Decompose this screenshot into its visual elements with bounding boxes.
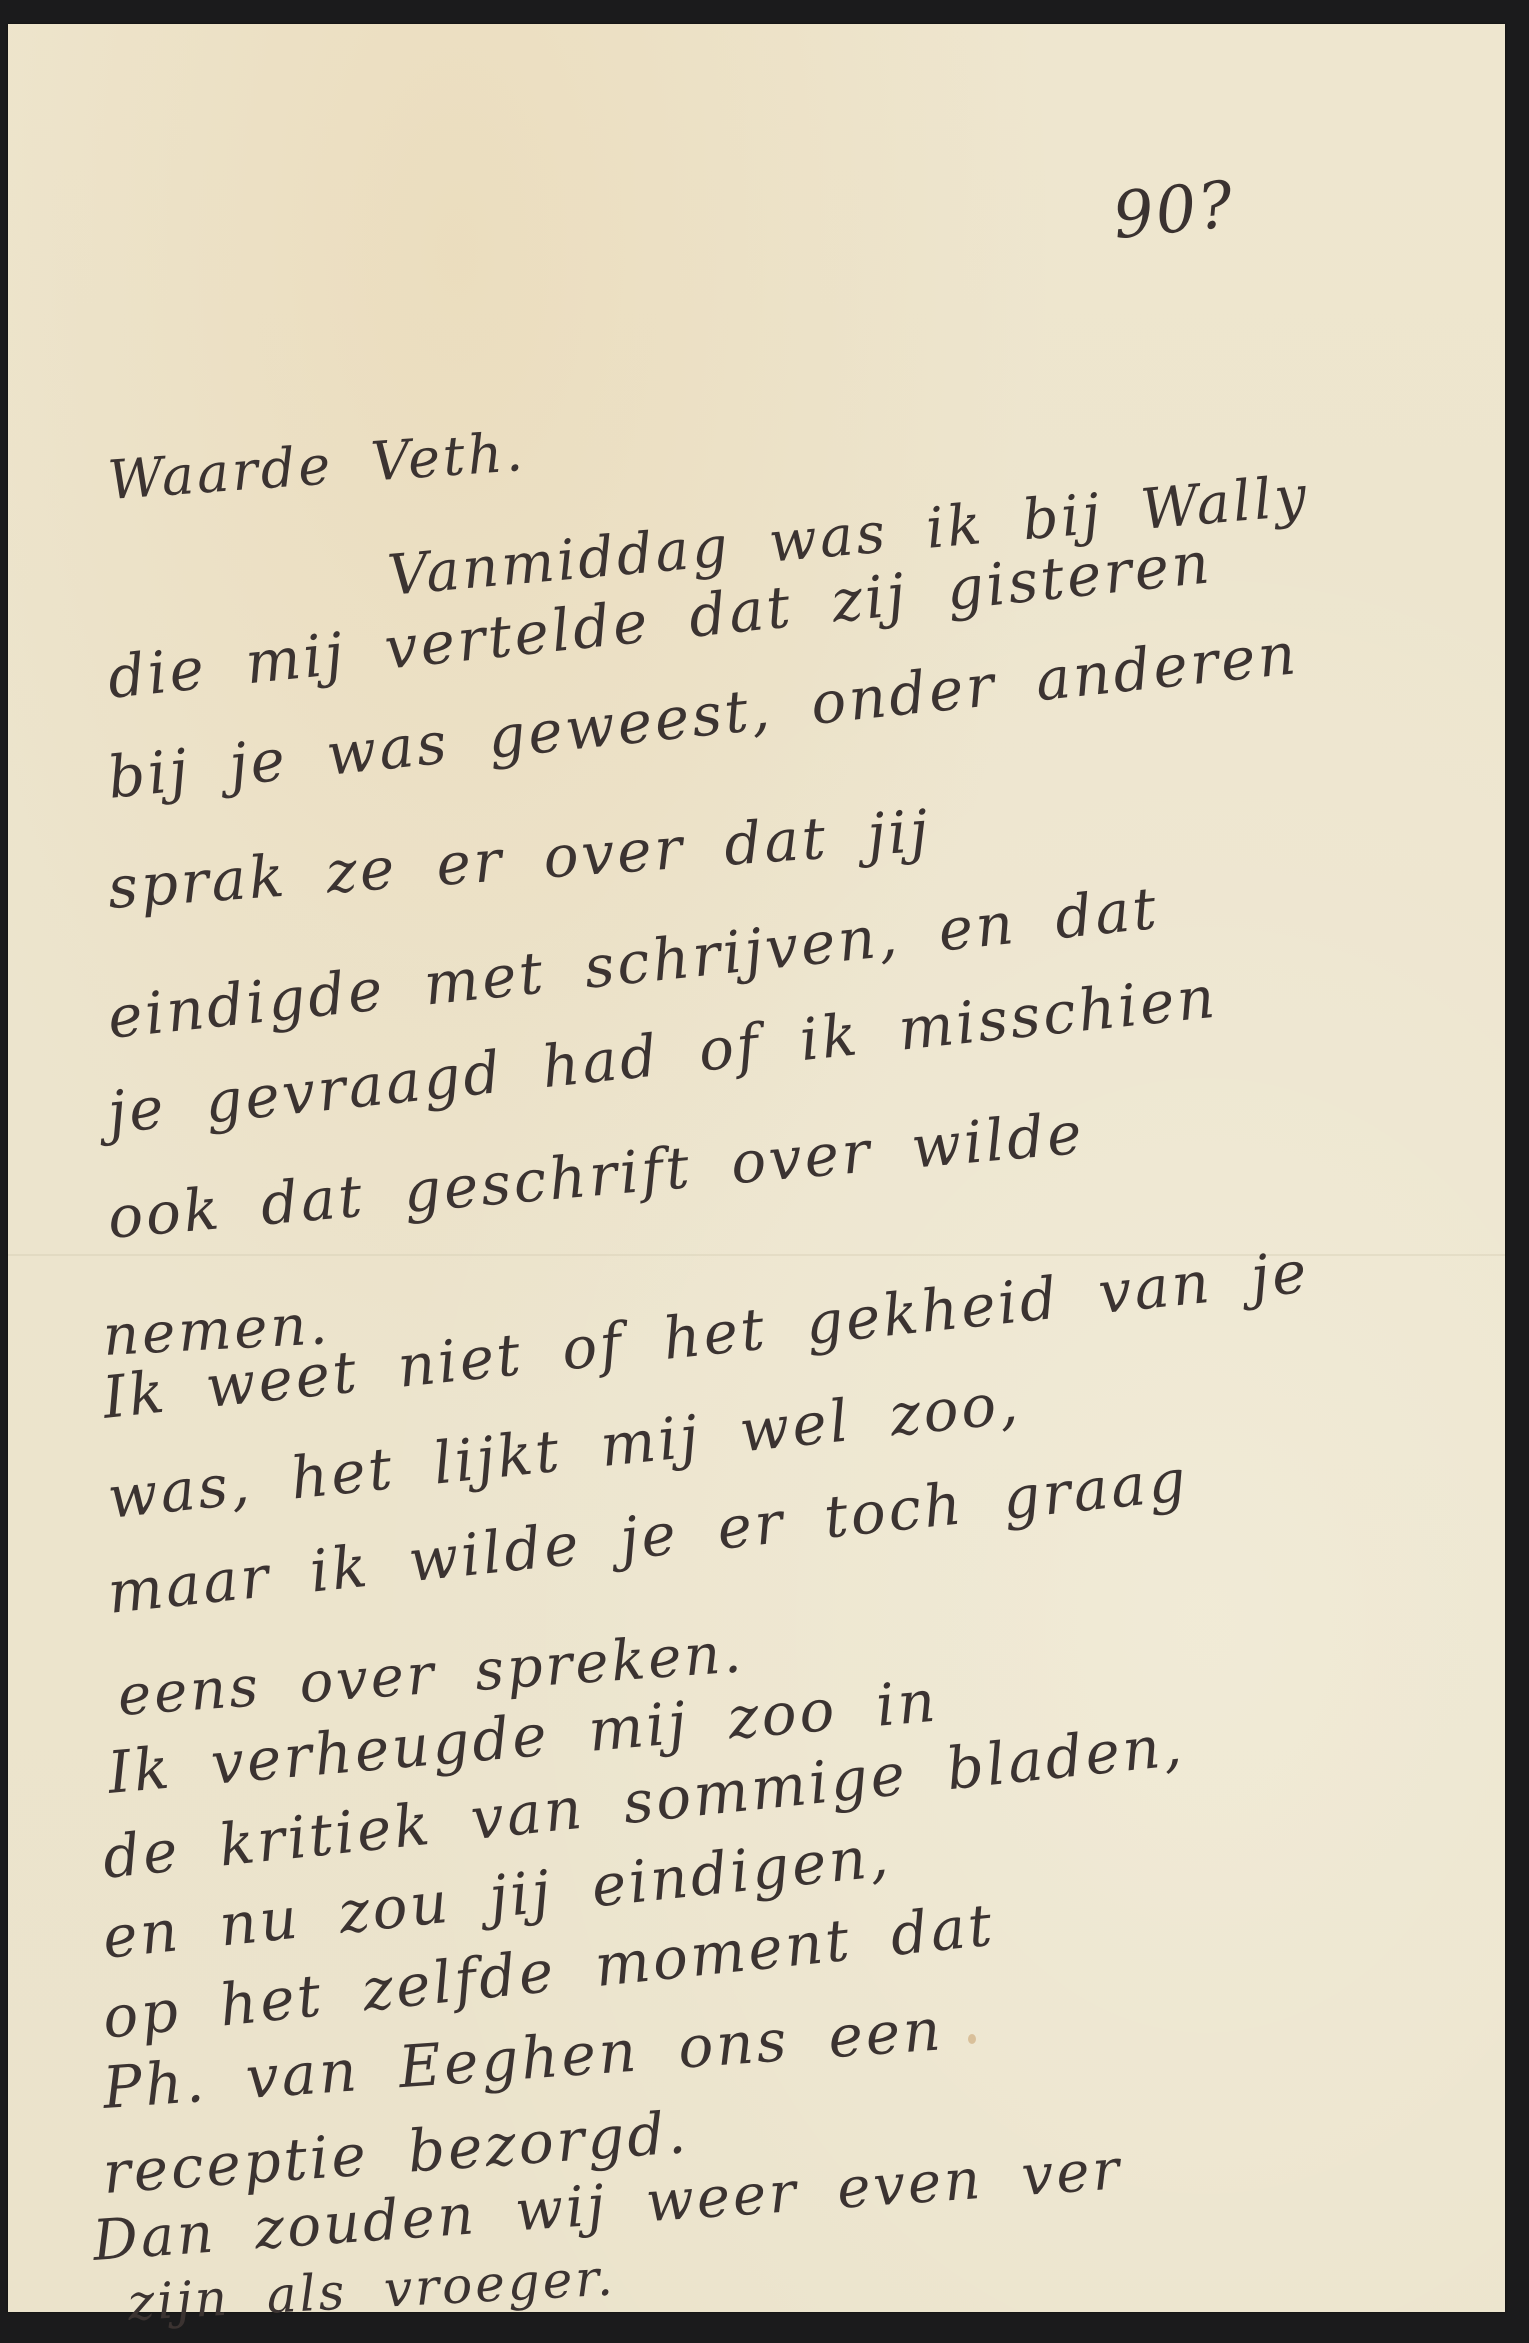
paper-stain	[968, 2034, 976, 2044]
page-number: 90?	[1109, 168, 1238, 254]
letter-line: sprak ze er over dat jij	[106, 797, 933, 922]
salutation: Waarde Veth.	[106, 420, 528, 512]
letter-page: 90? Waarde Veth. Vanmiddag was ik bij Wa…	[8, 24, 1505, 2312]
